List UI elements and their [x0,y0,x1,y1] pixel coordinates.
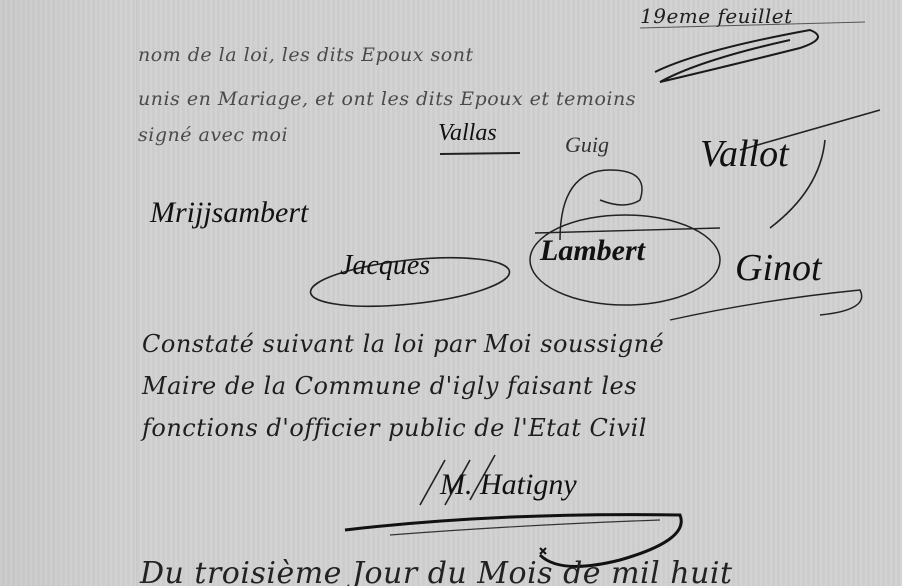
body-line-1: nom de la loi, les dits Epoux sont [138,44,474,66]
signature-ginot: Ginot [735,246,822,290]
signature-lambert-2: Lambert [540,234,645,268]
signature-vallot: Vallot [700,132,789,176]
document-page: 19eme feuillet nom de la loi, les dits E… [0,0,902,586]
signature-lambert-1: Mrijjsambert [150,196,308,230]
page-margin [136,0,137,586]
folio-header: 19eme feuillet [640,4,793,28]
closing-line-2: Maire de la Commune d'igly faisant les [142,372,637,400]
closing-line-3: fonctions d'officier public de l'Etat Ci… [142,414,647,442]
signature-vallas: Vallas [438,120,497,147]
signature-jacques: Jacques [340,250,430,282]
signature-guig: Guig [565,132,609,158]
signature-mayor: M. Hatigny [440,468,577,502]
closing-line-1: Constaté suivant la loi par Moi soussign… [142,330,664,358]
body-line-2: unis en Mariage, et ont les dits Epoux e… [138,88,636,110]
bottom-partial-line: Du troisième Jour du Mois de mil huit [140,556,733,586]
body-line-3: signé avec moi [138,124,288,146]
